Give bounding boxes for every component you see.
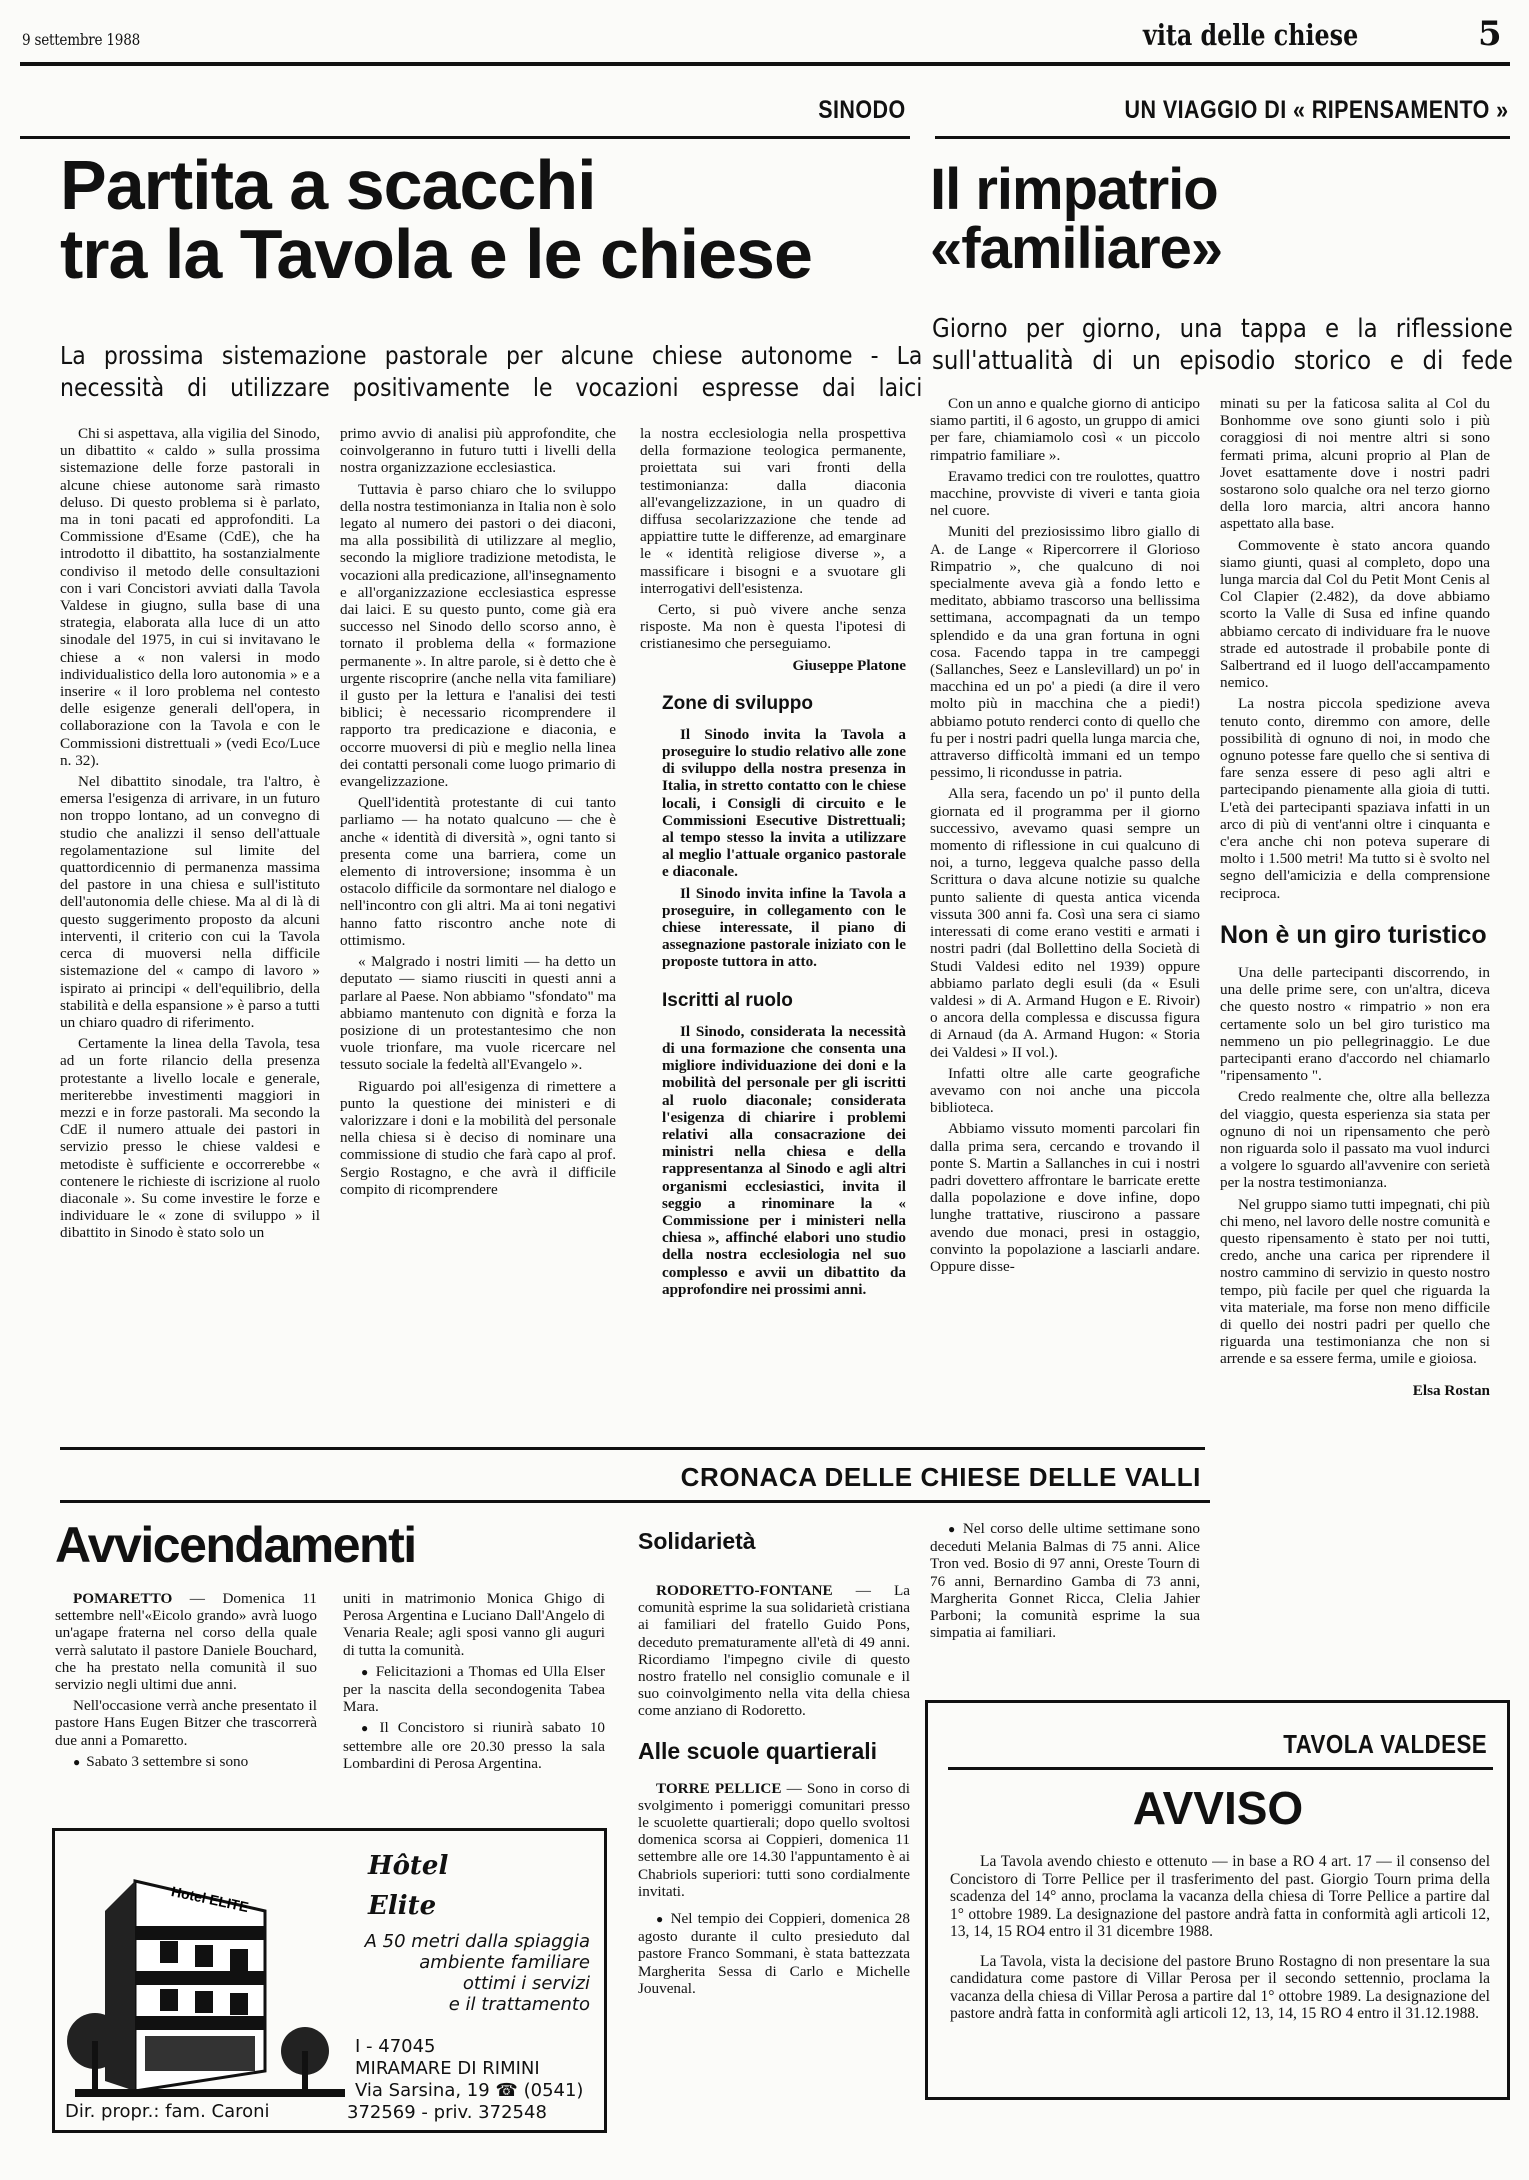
paragraph: primo avvio di analisi più approfondite,…: [340, 425, 616, 477]
avviso-rule: [948, 1767, 1493, 1770]
avviso-text: La Tavola avendo chiesto e ottenuto — in…: [950, 1853, 1490, 2035]
rimpatrio-headline-line1: Il rimpatrio: [930, 160, 1222, 219]
sinodo-signature: Giuseppe Platone: [640, 657, 906, 674]
scuole-heading: Alle scuole quartierali: [638, 1736, 910, 1766]
sinodo-headline-line1: Partita a scacchi: [60, 150, 920, 221]
scuole-paragraph: TORRE PELLICE — Sono in corso di svolgim…: [638, 1780, 910, 1900]
decessi-column: Nel corso delle ultime settimane sono de…: [930, 1520, 1200, 1670]
hotel-tagline: A 50 metri dalla spiaggia ambiente famil…: [355, 1931, 590, 2015]
avvicendamenti-bullet: Felicitazioni a Thomas ed Ulla Elser per…: [343, 1663, 605, 1716]
dateline: RODORETTO-FONTANE: [656, 1582, 833, 1599]
paragraph: Certo, si può vivere anche senza rispost…: [640, 601, 906, 653]
avviso-title: AVVISO: [928, 1781, 1508, 1835]
avvicendamenti-paragraph: uniti in matrimonio Monica Ghigo di Pero…: [343, 1590, 605, 1659]
cronaca-bottom-rule: [60, 1500, 1210, 1503]
avvicendamenti-heading: Avvicendamenti: [55, 1520, 416, 1571]
avvicendamenti-paragraph: Nell'occasione verrà anche presentato il…: [55, 1697, 317, 1749]
paragraph: Nel gruppo siamo tutti impegnati, chi pi…: [1220, 1196, 1490, 1368]
rimpatrio-headline-line2: «familiare»: [930, 219, 1222, 278]
sinodo-top-rule: [20, 136, 910, 139]
hotel-name-line2: Elite: [368, 1891, 436, 1921]
sinodo-column-3: la nostra ecclesiologia nella prospettiv…: [640, 425, 906, 1435]
paragraph: La nostra piccola spedizione aveva tenut…: [1220, 695, 1490, 901]
folio-rule: [20, 62, 1510, 66]
avvicendamenti-bullet: Sabato 3 settembre si sono: [55, 1753, 317, 1771]
rimpatrio-column-2: minati su per la faticosa salita al Col …: [1220, 395, 1490, 1685]
cronaca-banner: CRONACA DELLE CHIESE DELLE VALLI: [681, 1462, 1201, 1493]
avviso-paragraph: La Tavola, vista la decisione del pastor…: [950, 1953, 1490, 2023]
paragraph: Il Sinodo invita la Tavola a proseguire …: [662, 726, 906, 881]
paragraph: Una delle partecipanti discorrendo, in u…: [1220, 964, 1490, 1084]
hotel-address: I - 47045 MIRAMARE DI RIMINI Via Sarsina…: [355, 2036, 583, 2124]
paragraph: Con un anno e qualche giorno di anticipo…: [930, 395, 1200, 464]
decessi-paragraph: Nel corso delle ultime settimane sono de…: [930, 1520, 1200, 1641]
paragraph: Riguardo poi all'esigenza di rimettere a…: [340, 1078, 616, 1198]
avviso-kicker: TAVOLA VALDESE: [1283, 1729, 1487, 1760]
rimpatrio-top-rule: [935, 136, 1510, 139]
dateline: POMARETTO: [73, 1590, 172, 1607]
hotel-postcode: I - 47045: [355, 2036, 583, 2058]
paragraph: Il Sinodo invita infine la Tavola a pros…: [662, 885, 906, 971]
avvicendamenti-paragraph: POMARETTO — Domenica 11 settembre nell'«…: [55, 1590, 317, 1693]
avvicendamenti-bullet: Il Concistoro si riunirà sabato 10 sette…: [343, 1719, 605, 1772]
avviso-paragraph: La Tavola avendo chiesto e ottenuto — in…: [950, 1853, 1490, 1941]
paragraph: Tuttavia è parso chiaro che lo sviluppo …: [340, 481, 616, 791]
avvicendamenti-column-2: uniti in matrimonio Monica Ghigo di Pero…: [343, 1590, 605, 1820]
hotel-name-line1: Hôtel: [368, 1851, 448, 1881]
rimpatrio-signature: Elsa Rostan: [1220, 1382, 1490, 1399]
folio-section-title: vita delle chiese: [1143, 18, 1358, 52]
non-e-un-giro-turistico-heading: Non è un giro turistico: [1220, 920, 1490, 950]
hotel-phones: 372569 - priv. 372548: [347, 2102, 583, 2124]
paragraph: Quell'identità protestante di cui tanto …: [340, 794, 616, 949]
cronaca-top-rule: [705, 1447, 1205, 1450]
iscritti-al-ruolo-heading: Iscritti al ruolo: [662, 989, 906, 1013]
paragraph: « Malgrado i nostri limiti — ha detto un…: [340, 953, 616, 1073]
sinodo-column-1: Chi si aspettava, alla vigilia del Sinod…: [60, 425, 320, 1435]
avviso-tavola-valdese-box: TAVOLA VALDESE AVVISO La Tavola avendo c…: [925, 1700, 1510, 2100]
paragraph: Commovente è stato ancora quando siamo g…: [1220, 537, 1490, 692]
dateline: TORRE PELLICE: [656, 1780, 782, 1797]
sinodo-column-2: primo avvio di analisi più approfondite,…: [340, 425, 616, 1435]
paragraph: Credo realmente che, oltre alla bellezza…: [1220, 1088, 1490, 1191]
paragraph: Nel dibattito sinodale, tra l'altro, è e…: [60, 773, 320, 1031]
folio-date: 9 settembre 1988: [22, 30, 140, 49]
page-number: 5: [1478, 14, 1502, 54]
paragraph: minati su per la faticosa salita al Col …: [1220, 395, 1490, 533]
hotel-building-illustration: Hotel ELITE: [65, 1841, 355, 2111]
sinodo-sidebar-boxes: Zone di sviluppo Il Sinodo invita la Tav…: [640, 692, 906, 1298]
kicker-sinodo: SINODO: [819, 96, 906, 125]
sinodo-headline: Partita a scacchi tra la Tavola e le chi…: [60, 150, 920, 291]
paragraph: Il Sinodo, considerata la necessità di u…: [662, 1023, 906, 1298]
cronaca-middle-column: Solidarietà RODORETTO-FONTANE — La comun…: [638, 1520, 910, 2160]
sinodo-headline-line2: tra la Tavola e le chiese: [60, 219, 920, 290]
paragraph: la nostra ecclesiologia nella prospettiv…: [640, 425, 906, 597]
hotel-owner: Dir. propr.: fam. Caroni: [65, 2101, 270, 2123]
rimpatrio-headline: Il rimpatrio «familiare»: [930, 160, 1222, 278]
rimpatrio-deck: Giorno per giorno, una tappa e la rifles…: [932, 313, 1513, 377]
kicker-rimpatrio: UN VIAGGIO DI « RIPENSAMENTO »: [1125, 96, 1509, 125]
zone-di-sviluppo-heading: Zone di sviluppo: [662, 692, 906, 716]
paragraph: Abbiamo vissuto momenti parcolari fin da…: [930, 1120, 1200, 1275]
solidarieta-paragraph: RODORETTO-FONTANE — La comunità esprime …: [638, 1582, 910, 1720]
paragraph: Certamente la linea della Tavola, tesa a…: [60, 1035, 320, 1241]
paragraph: Alla sera, facendo un po' il punto della…: [930, 785, 1200, 1060]
paragraph: Infatti oltre alle carte geografiche ave…: [930, 1065, 1200, 1117]
sinodo-deck: La prossima sistemazione pastorale per a…: [60, 340, 922, 404]
solidarieta-heading: Solidarietà: [638, 1526, 910, 1556]
rimpatrio-column-1: Con un anno e qualche giorno di anticipo…: [930, 395, 1200, 1448]
paragraph: Chi si aspettava, alla vigilia del Sinod…: [60, 425, 320, 769]
avvicendamenti-column-1: POMARETTO — Domenica 11 settembre nell'«…: [55, 1590, 317, 1820]
hotel-street: Via Sarsina, 19 ☎ (0541): [355, 2080, 583, 2102]
hotel-elite-ad: Hotel ELITE Hôtel Elite A 50 metri dalla…: [52, 1828, 607, 2133]
telephone-icon: ☎: [495, 2080, 517, 2101]
scuole-bullet: Nel tempio dei Coppieri, domenica 28 ago…: [638, 1910, 910, 1997]
paragraph: Eravamo tredici con tre roulottes, quatt…: [930, 468, 1200, 520]
hotel-city: MIRAMARE DI RIMINI: [355, 2058, 583, 2080]
paragraph: Muniti del preziosissimo libro giallo di…: [930, 523, 1200, 781]
